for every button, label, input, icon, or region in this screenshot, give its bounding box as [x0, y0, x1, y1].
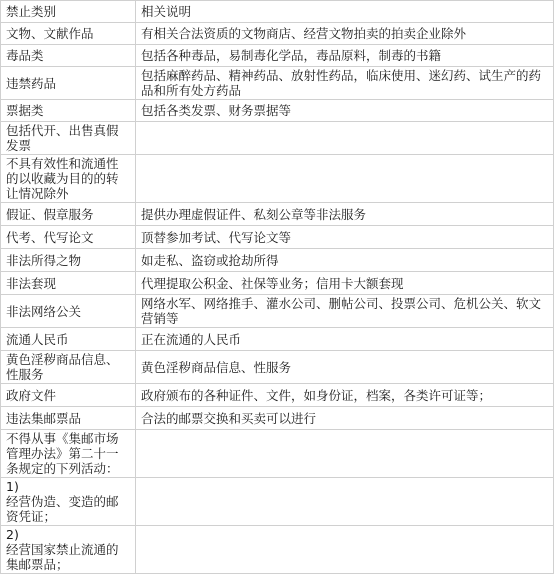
row-category: 不具有效性和流通性的以收藏为目的的转让情况除外	[1, 155, 136, 203]
row-category: 非法套现	[1, 272, 136, 295]
row-description: 有相关合法资质的文物商店、经营文物拍卖的拍卖企业除外	[136, 23, 554, 45]
row-description: 网络水军、网络推手、灌水公司、删帖公司、投票公司、危机公关、软文营销等	[136, 295, 554, 328]
row-category: 代考、代写论文	[1, 226, 136, 249]
row-category: 毒品类	[1, 45, 136, 67]
row-category: 包括代开、出售真假发票	[1, 122, 136, 155]
row-category: 票据类	[1, 100, 136, 122]
prohibited-items-table: 禁止类别 相关说明 文物、文献作品有相关合法资质的文物商店、经营文物拍卖的拍卖企…	[0, 0, 554, 574]
row-category: 政府文件	[1, 384, 136, 407]
row-category: 文物、文献作品	[1, 23, 136, 45]
row-description: 黄色淫秽商品信息、性服务	[136, 351, 554, 384]
row-description: 如走私、盗窃或抢劫所得	[136, 249, 554, 272]
table-row: 违法集邮票品合法的邮票交换和买卖可以进行	[1, 407, 554, 430]
row-category: 黄色淫秽商品信息、性服务	[1, 351, 136, 384]
row-description	[136, 122, 554, 155]
row-description: 包括麻醉药品、精神药品、放射性药品，临床使用、迷幻药、试生产的药品和所有处方药品	[136, 67, 554, 100]
table-row: 包括代开、出售真假发票	[1, 122, 554, 155]
header-category: 禁止类别	[1, 1, 136, 23]
table-row: 不得从事《集邮市场管理办法》第二十一条规定的下列活动：	[1, 430, 554, 478]
row-description: 提供办理虚假证件、私刻公章等非法服务	[136, 203, 554, 226]
table-row: 黄色淫秽商品信息、性服务黄色淫秽商品信息、性服务	[1, 351, 554, 384]
row-description: 包括各类发票、财务票据等	[136, 100, 554, 122]
row-description: 顶替参加考试、代写论文等	[136, 226, 554, 249]
row-description	[136, 155, 554, 203]
table-row: 非法所得之物如走私、盗窃或抢劫所得	[1, 249, 554, 272]
row-category: 非法网络公关	[1, 295, 136, 328]
row-description	[136, 526, 554, 574]
row-description: 正在流通的人民币	[136, 328, 554, 351]
row-category: 不得从事《集邮市场管理办法》第二十一条规定的下列活动：	[1, 430, 136, 478]
row-description: 包括各种毒品，易制毒化学品，毒品原料，制毒的书籍	[136, 45, 554, 67]
row-description: 代理提取公积金、社保等业务；信用卡大额套现	[136, 272, 554, 295]
table-row: 代考、代写论文顶替参加考试、代写论文等	[1, 226, 554, 249]
table-row: 违禁药品包括麻醉药品、精神药品、放射性药品，临床使用、迷幻药、试生产的药品和所有…	[1, 67, 554, 100]
table-row: 非法套现代理提取公积金、社保等业务；信用卡大额套现	[1, 272, 554, 295]
table-row: 文物、文献作品有相关合法资质的文物商店、经营文物拍卖的拍卖企业除外	[1, 23, 554, 45]
table-row: 票据类包括各类发票、财务票据等	[1, 100, 554, 122]
table-row: 2) 经营国家禁止流通的集邮票品；	[1, 526, 554, 574]
row-category: 非法所得之物	[1, 249, 136, 272]
table-row: 不具有效性和流通性的以收藏为目的的转让情况除外	[1, 155, 554, 203]
table-row: 毒品类包括各种毒品，易制毒化学品，毒品原料，制毒的书籍	[1, 45, 554, 67]
row-category: 2) 经营国家禁止流通的集邮票品；	[1, 526, 136, 574]
table-row: 非法网络公关网络水军、网络推手、灌水公司、删帖公司、投票公司、危机公关、软文营销…	[1, 295, 554, 328]
row-category: 违法集邮票品	[1, 407, 136, 430]
row-description	[136, 478, 554, 526]
table-row: 1) 经营伪造、变造的邮资凭证；	[1, 478, 554, 526]
row-category: 假证、假章服务	[1, 203, 136, 226]
row-description: 政府颁布的各种证件、文件，如身份证，档案，各类许可证等；	[136, 384, 554, 407]
table-header-row: 禁止类别 相关说明	[1, 1, 554, 23]
row-category: 1) 经营伪造、变造的邮资凭证；	[1, 478, 136, 526]
row-category: 流通人民币	[1, 328, 136, 351]
row-category: 违禁药品	[1, 67, 136, 100]
table-row: 政府文件政府颁布的各种证件、文件，如身份证，档案，各类许可证等；	[1, 384, 554, 407]
row-description: 合法的邮票交换和买卖可以进行	[136, 407, 554, 430]
table-row: 流通人民币正在流通的人民币	[1, 328, 554, 351]
table-row: 假证、假章服务提供办理虚假证件、私刻公章等非法服务	[1, 203, 554, 226]
header-description: 相关说明	[136, 1, 554, 23]
row-description	[136, 430, 554, 478]
